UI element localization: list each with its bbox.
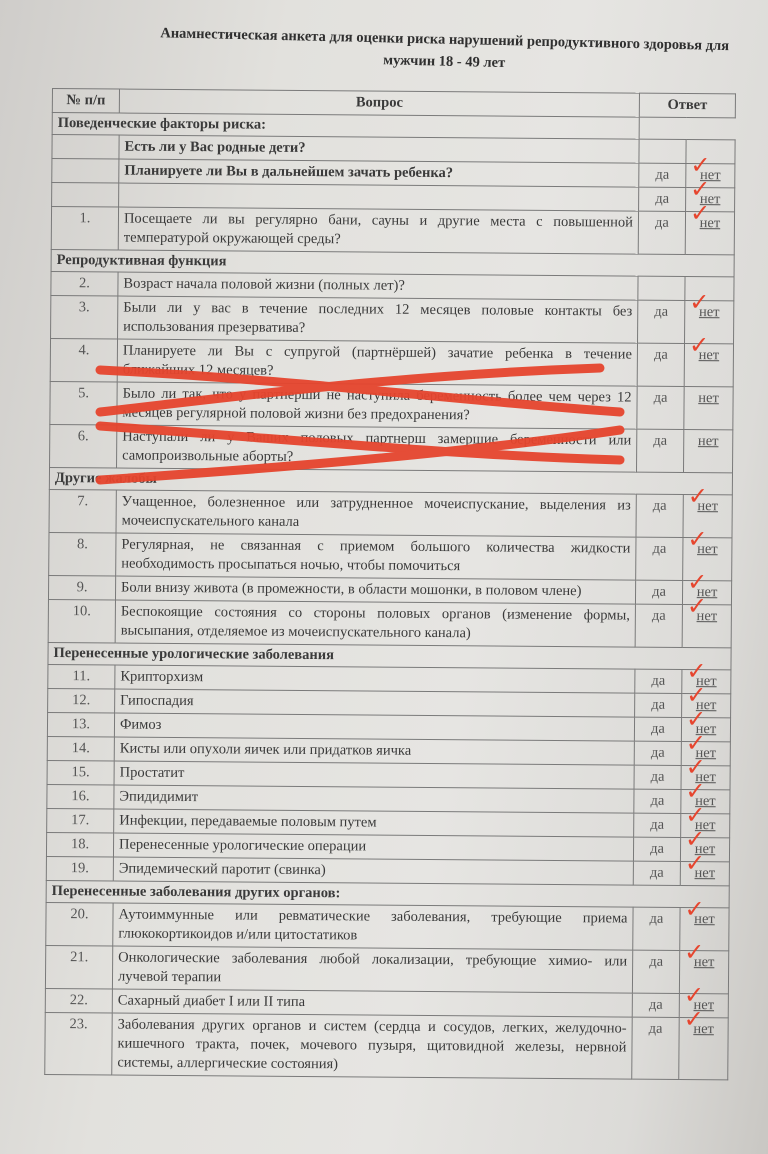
answer-no-label: нет: [695, 817, 716, 833]
table-row: 6.Наступали ли у Ваших половых партнерш …: [50, 424, 733, 472]
table-row: 21.Онкологические заболевания любой лока…: [45, 945, 728, 993]
table-row: 7.Учащенное, болезненное или затрудненно…: [49, 489, 732, 537]
answer-no-label: нет: [696, 721, 717, 737]
answer-yes[interactable]: да: [639, 187, 686, 211]
answer-no[interactable]: нет✓: [679, 950, 728, 993]
row-number: 3.: [51, 295, 118, 339]
row-number: 11.: [48, 664, 115, 689]
answer-no-label: нет: [697, 584, 718, 600]
answer-yes[interactable]: да: [634, 789, 681, 813]
row-number: 18.: [46, 832, 113, 857]
answer-yes[interactable]: да: [639, 163, 686, 187]
question-text: Наступали ли у Ваших половых партнерш за…: [117, 425, 637, 472]
answer-no[interactable]: нет✓: [680, 907, 729, 950]
row-number: 21.: [45, 945, 112, 989]
answer-no-label: нет: [695, 841, 716, 857]
answer-yes[interactable]: да: [632, 1017, 679, 1079]
row-number: 17.: [47, 808, 114, 833]
answer-yes[interactable]: да: [633, 861, 680, 885]
answer-no-label: нет: [698, 390, 719, 406]
row-number: 6.: [50, 424, 117, 468]
document-title: Анамнестическая анкета для оценки риска …: [149, 22, 740, 79]
question-text: Аутоиммунные или ревматические заболеван…: [113, 903, 633, 950]
answer-no-label: нет: [694, 911, 715, 927]
question-text: Заболевания других органов и систем (сер…: [112, 1013, 632, 1079]
answer-no-label: нет: [700, 167, 721, 183]
answer-no[interactable]: нет✓: [679, 1017, 728, 1079]
answer-yes[interactable]: да: [633, 837, 680, 861]
answer-no[interactable]: нет✓: [683, 494, 732, 537]
answer-no[interactable]: [686, 139, 735, 163]
answer-yes[interactable]: да: [636, 494, 683, 537]
answer-no-label: нет: [697, 608, 718, 624]
question-text: Были ли у вас в течение последних 12 мес…: [118, 296, 638, 343]
answer-no-label: нет: [694, 954, 715, 970]
answer-no[interactable]: нет✓: [681, 717, 730, 741]
table-row: 10.Беспокоящие состояния со стороны поло…: [48, 599, 731, 647]
answer-yes[interactable]: да: [635, 693, 682, 717]
answer-no-label: нет: [698, 433, 719, 449]
answer-yes[interactable]: да: [634, 741, 681, 765]
table-row: 1.Посещаете ли вы регулярно бани, сауны …: [51, 207, 734, 255]
table-row: 4.Планируете ли Вы с супругой (партнёрше…: [50, 338, 733, 386]
question-text: Учащенное, болезненное или затрудненное …: [116, 490, 636, 537]
answer-yes[interactable]: да: [637, 343, 684, 386]
answer-no-label: нет: [693, 1021, 714, 1037]
answer-no[interactable]: нет✓: [681, 813, 730, 837]
row-number: 23.: [45, 1012, 112, 1075]
answer-no[interactable]: нет✓: [682, 693, 731, 717]
row-number: [52, 135, 119, 160]
answer-no[interactable]: нет✓: [681, 765, 730, 789]
answer-no[interactable]: нет✓: [681, 741, 730, 765]
question-text: Планируете ли Вы с супругой (партнёршей)…: [117, 339, 637, 386]
answer-no-label: нет: [699, 347, 720, 363]
answer-no[interactable]: нет✓: [682, 669, 731, 693]
row-number: 4.: [50, 338, 117, 382]
questionnaire-sheet: Анамнестическая анкета для оценки риска …: [0, 0, 768, 1154]
answer-yes[interactable]: да: [635, 580, 682, 604]
table-row: 20.Аутоиммунные или ревматические заболе…: [46, 902, 729, 950]
answer-no[interactable]: нет✓: [686, 163, 735, 187]
answer-no[interactable]: нет✓: [682, 580, 731, 604]
question-text: Было ли так, что у партнерши не наступил…: [117, 382, 637, 429]
answer-no[interactable]: нет✓: [680, 837, 729, 861]
answer-no-label: нет: [699, 304, 720, 320]
answer-no[interactable]: нет✓: [683, 537, 732, 580]
answer-yes[interactable]: да: [637, 429, 684, 472]
row-number: [52, 183, 119, 208]
answer-yes[interactable]: да: [637, 386, 684, 429]
table-row: 3.Были ли у вас в течение последних 12 м…: [51, 295, 734, 343]
header-answer: Ответ: [639, 93, 735, 118]
row-number: 8.: [49, 532, 116, 576]
answer-no-label: нет: [695, 745, 716, 761]
row-number: 14.: [47, 736, 114, 761]
answer-yes[interactable]: да: [635, 604, 682, 647]
answer-no[interactable]: нет✓: [684, 343, 733, 386]
row-number: 1.: [51, 207, 118, 251]
answer-no[interactable]: нет✓: [681, 789, 730, 813]
answer-yes[interactable]: [639, 139, 686, 163]
answer-no-label: нет: [697, 498, 718, 514]
row-number: 15.: [47, 760, 114, 785]
question-text: Беспокоящие состояния со стороны половых…: [115, 600, 635, 647]
answer-no-label: нет: [696, 673, 717, 689]
answer-no[interactable]: нет: [683, 429, 732, 472]
answer-no-label: нет: [696, 697, 717, 713]
row-number: 22.: [45, 988, 112, 1013]
questionnaire-table: № п/п Вопрос Ответ Поведенческие факторы…: [44, 88, 736, 1080]
row-number: 19.: [46, 856, 113, 881]
answer-no[interactable]: [685, 276, 734, 300]
row-number: 13.: [47, 712, 114, 737]
answer-yes[interactable]: [638, 276, 685, 300]
row-number: 9.: [48, 575, 115, 600]
header-num: № п/п: [52, 89, 119, 114]
answer-no-label: нет: [700, 215, 721, 231]
answer-yes[interactable]: да: [633, 907, 680, 950]
answer-no[interactable]: нет: [684, 386, 733, 429]
answer-no-label: нет: [695, 769, 716, 785]
answer-yes[interactable]: да: [632, 993, 679, 1017]
answer-no-label: нет: [695, 793, 716, 809]
answer-no-label: нет: [700, 191, 721, 207]
answer-yes[interactable]: да: [638, 300, 685, 343]
row-number: 2.: [51, 271, 118, 296]
answer-yes[interactable]: да: [634, 717, 681, 741]
answer-yes[interactable]: да: [634, 813, 681, 837]
table-row: 8.Регулярная, не связанная с приемом бол…: [49, 532, 732, 580]
answer-no-label: нет: [695, 865, 716, 881]
row-number: 5.: [50, 381, 117, 425]
answer-no[interactable]: нет✓: [680, 861, 729, 885]
question-text: Посещаете ли вы регулярно бани, сауны и …: [118, 207, 638, 254]
answer-no[interactable]: нет✓: [685, 211, 734, 254]
row-number: 10.: [48, 599, 115, 643]
question-text: Регулярная, не связанная с приемом больш…: [116, 533, 636, 580]
answer-no[interactable]: нет✓: [685, 300, 734, 343]
answer-no[interactable]: нет✓: [686, 187, 735, 211]
row-number: 16.: [47, 784, 114, 809]
answer-yes[interactable]: да: [635, 669, 682, 693]
table-body: Поведенческие факторы риска:Есть ли у Ва…: [45, 113, 736, 1080]
table-row: 23.Заболевания других органов и систем (…: [45, 1012, 728, 1079]
answer-yes[interactable]: да: [632, 950, 679, 993]
row-number: [52, 159, 119, 184]
question-text: Онкологические заболевания любой локализ…: [112, 946, 632, 993]
row-number: 7.: [49, 489, 116, 533]
answer-no[interactable]: нет✓: [679, 993, 728, 1017]
answer-no-label: нет: [697, 541, 718, 557]
row-number: 20.: [46, 902, 113, 946]
answer-yes[interactable]: да: [634, 765, 681, 789]
table-row: 5.Было ли так, что у партнерши не наступ…: [50, 381, 733, 429]
answer-no[interactable]: нет✓: [682, 604, 731, 647]
answer-yes[interactable]: да: [638, 211, 685, 254]
row-number: 12.: [48, 688, 115, 713]
answer-no-label: нет: [693, 997, 714, 1013]
answer-yes[interactable]: да: [636, 537, 683, 580]
